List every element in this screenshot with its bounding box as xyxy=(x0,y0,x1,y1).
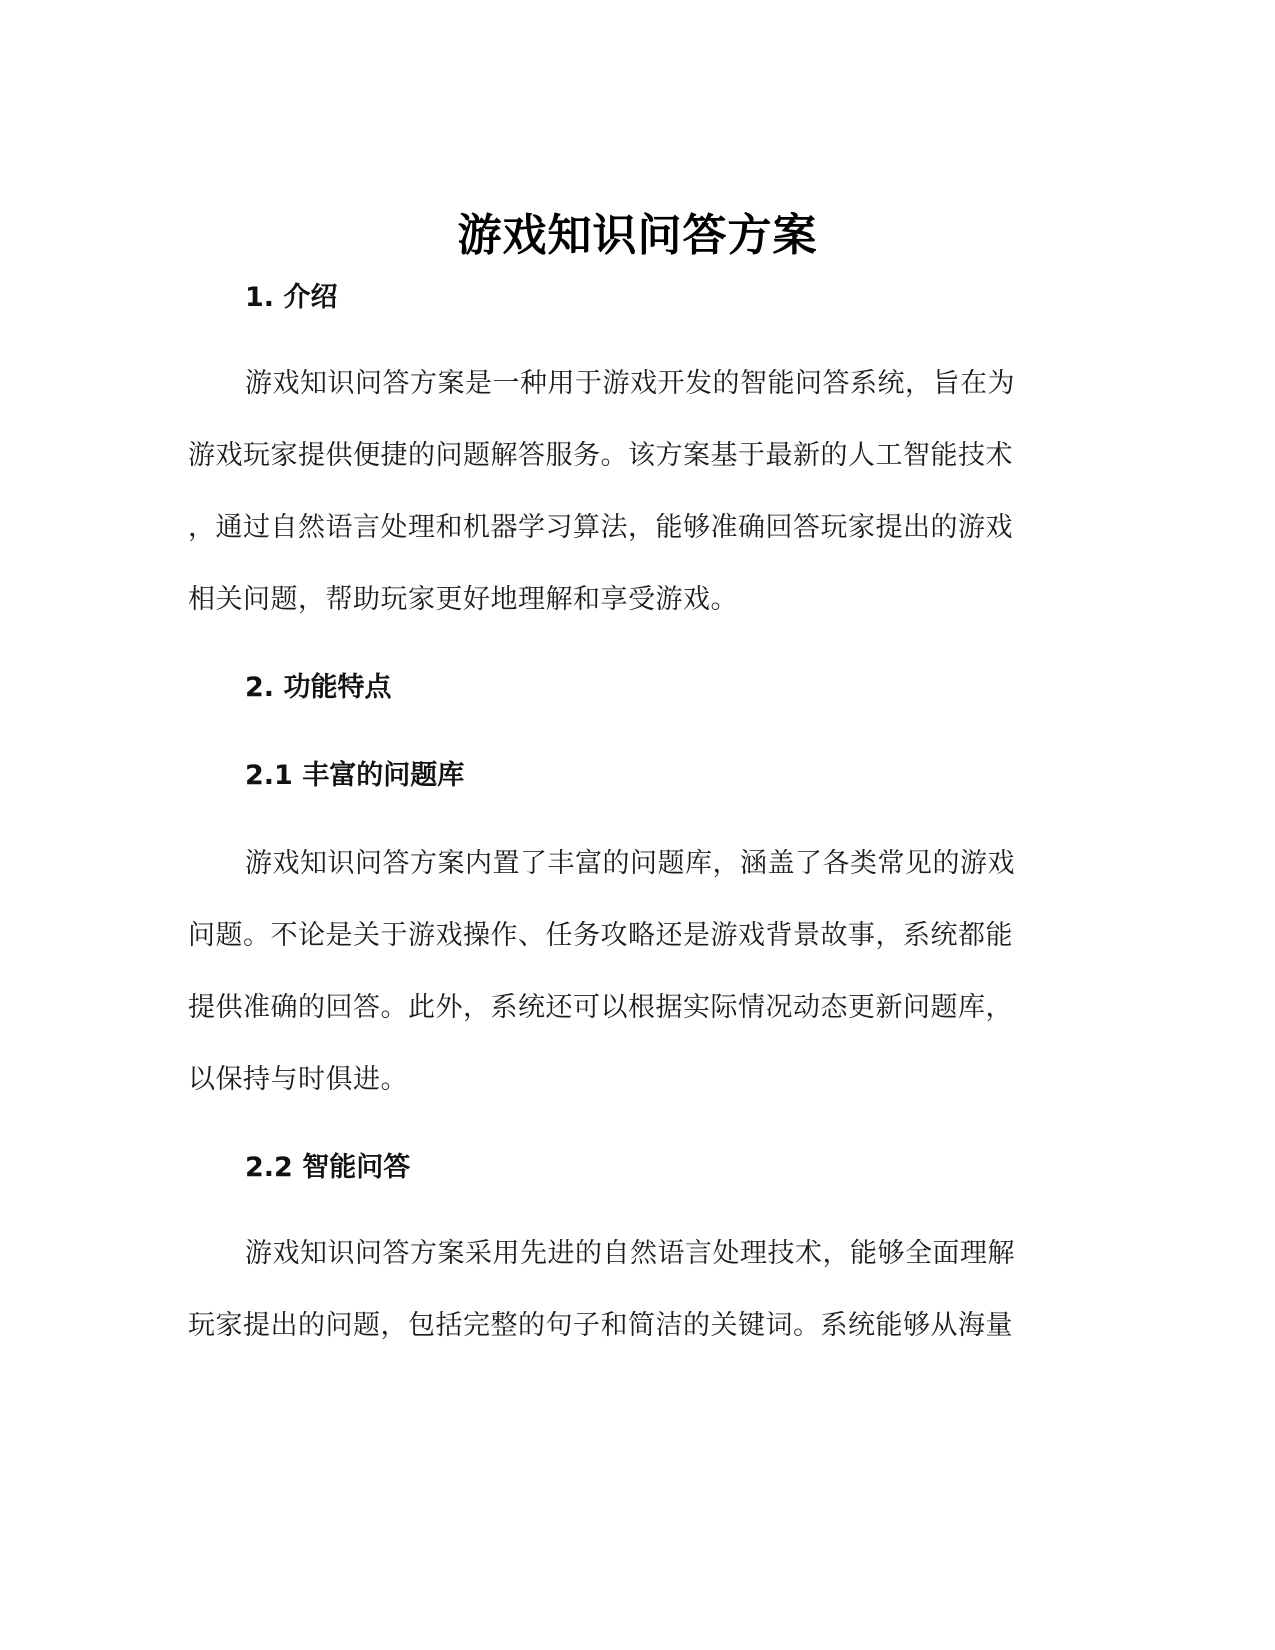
paragraph-line: 游戏知识问答方案内置了丰富的问题库，涵盖了各类常见的游戏 xyxy=(245,846,1115,882)
paragraph-line: 游戏知识问答方案是一种用于游戏开发的智能问答系统，旨在为 xyxy=(245,366,1115,402)
paragraph-line: 提供准确的回答。此外，系统还可以根据实际情况动态更新问题库， xyxy=(188,990,1058,1026)
paragraph-line: 玩家提出的问题，包括完整的句子和简洁的关键词。系统能够从海量 xyxy=(188,1308,1058,1344)
section-heading-features: 2. 功能特点 xyxy=(245,670,391,706)
document-page: 游戏知识问答方案 1. 介绍 游戏知识问答方案是一种用于游戏开发的智能问答系统，… xyxy=(0,0,1275,1650)
section-heading-question-bank: 2.1 丰富的问题库 xyxy=(245,758,464,794)
paragraph-line: 相关问题，帮助玩家更好地理解和享受游戏。 xyxy=(188,582,1058,618)
section-heading-intro: 1. 介绍 xyxy=(245,280,337,316)
paragraph-line: 以保持与时俱进。 xyxy=(188,1062,1058,1098)
section-heading-smart-qa: 2.2 智能问答 xyxy=(245,1150,410,1186)
document-title: 游戏知识问答方案 xyxy=(0,208,1275,264)
paragraph-line: 问题。不论是关于游戏操作、任务攻略还是游戏背景故事，系统都能 xyxy=(188,918,1058,954)
paragraph-line: 游戏知识问答方案采用先进的自然语言处理技术，能够全面理解 xyxy=(245,1236,1115,1272)
paragraph-line: ，通过自然语言处理和机器学习算法，能够准确回答玩家提出的游戏 xyxy=(188,510,1058,546)
paragraph-line: 游戏玩家提供便捷的问题解答服务。该方案基于最新的人工智能技术 xyxy=(188,438,1058,474)
